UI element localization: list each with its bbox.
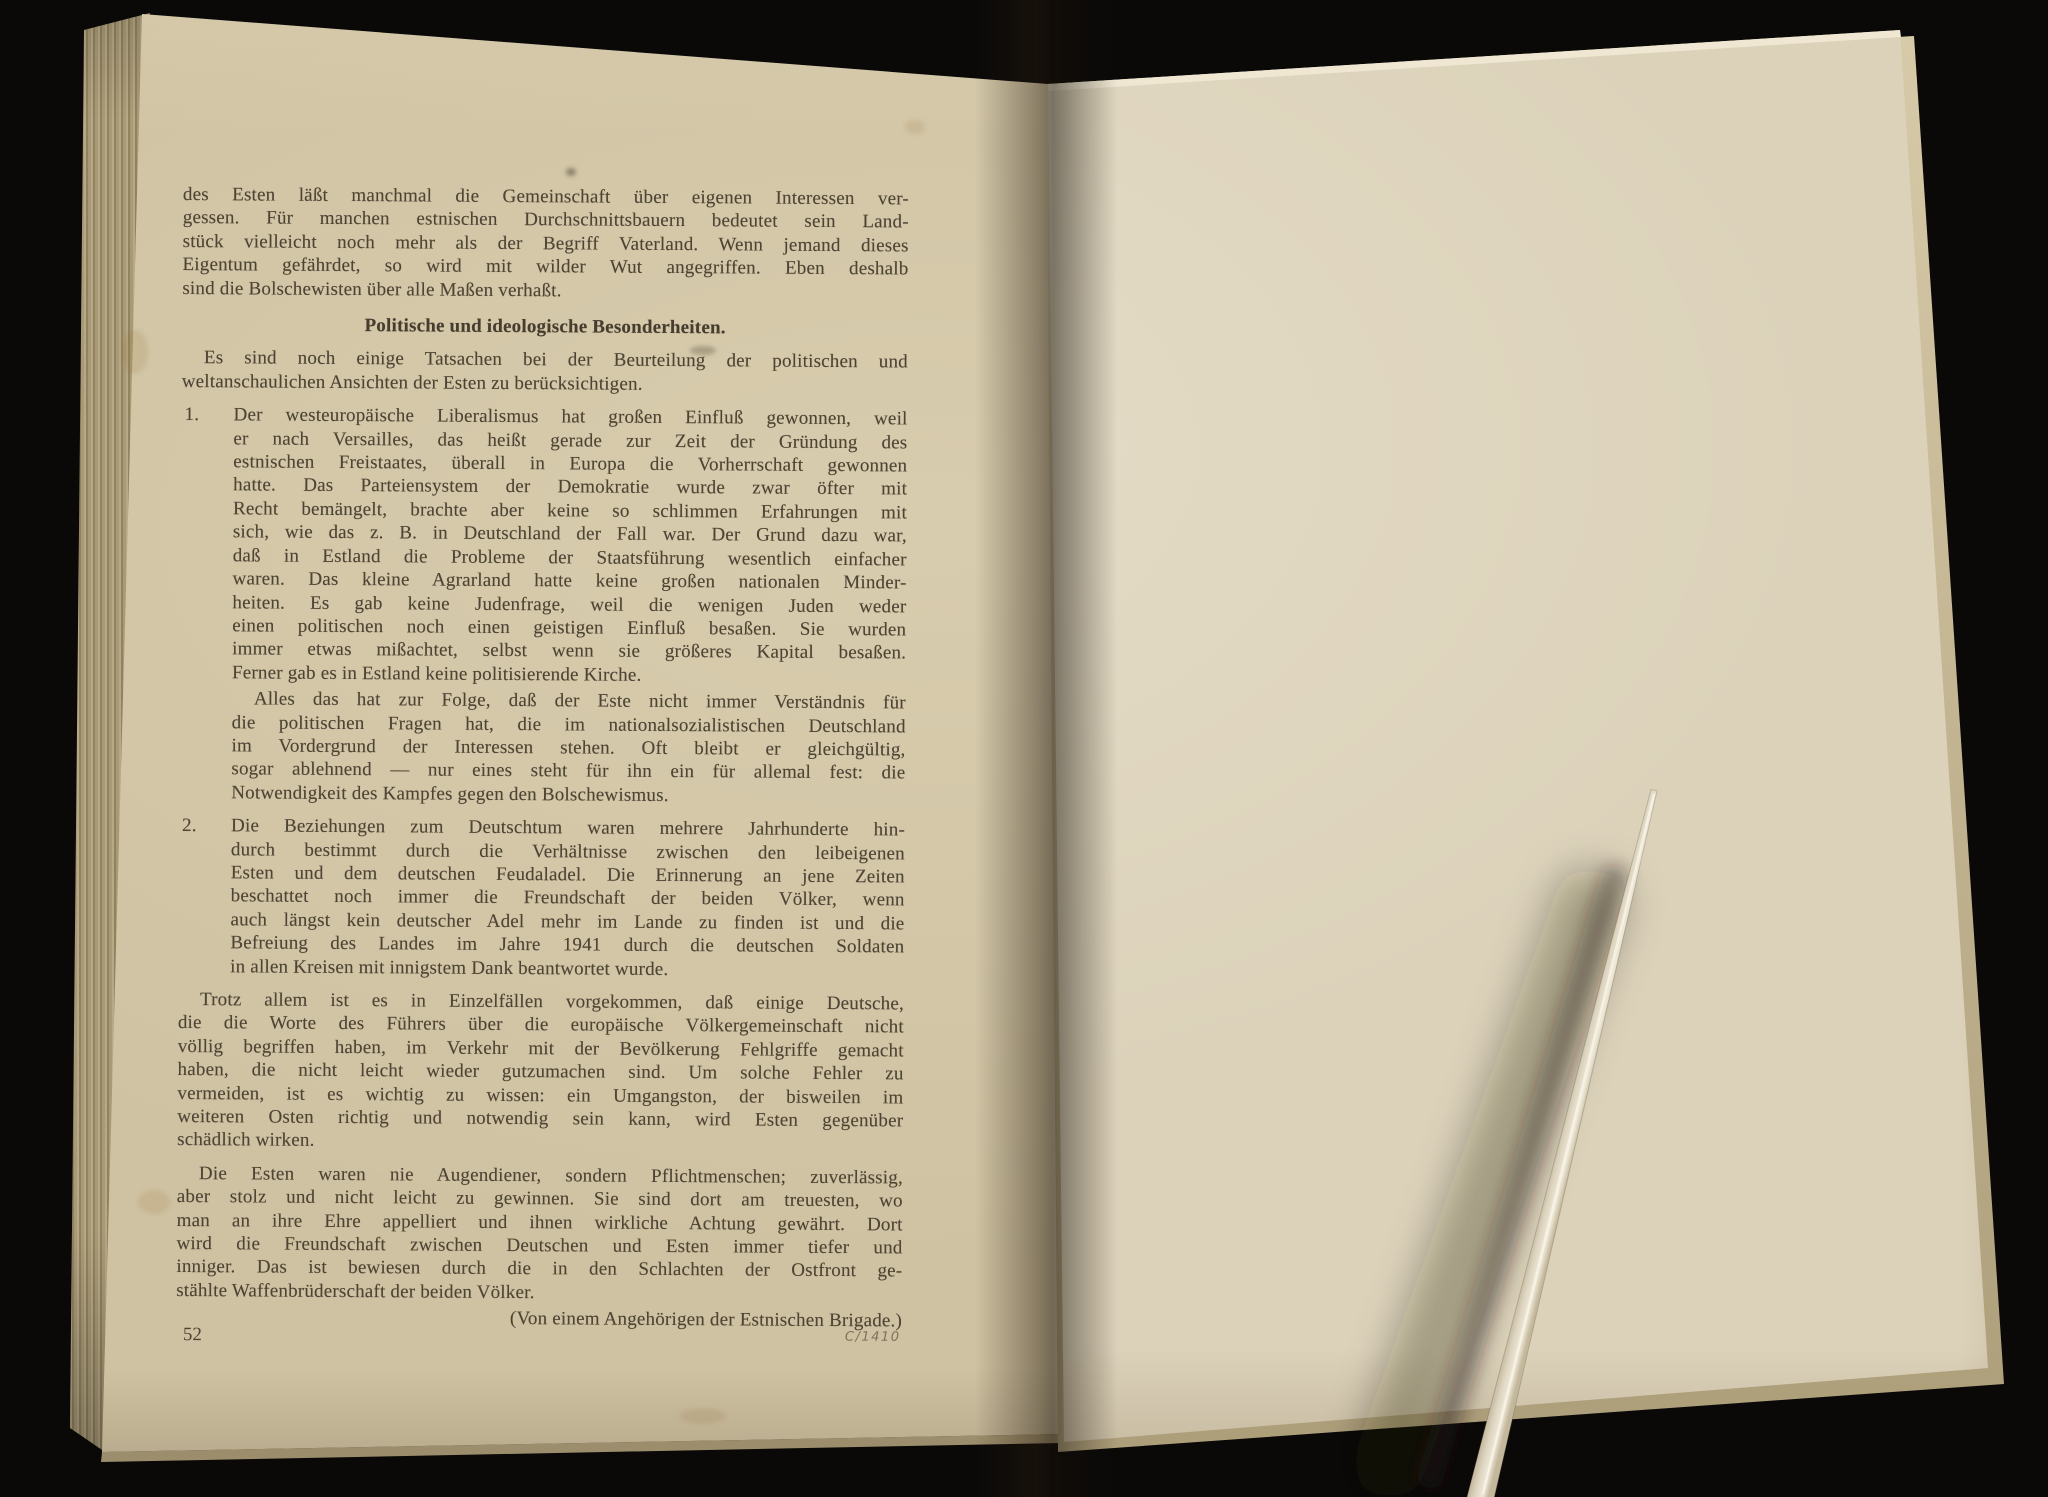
- paragraph: Der westeuropäische Liberalismus hat gro…: [232, 404, 908, 689]
- closing-paragraph-2: Die Esten waren nie Augendiener, sondern…: [176, 1162, 903, 1307]
- item-body: Die Beziehungen zum Deutschtum waren meh…: [230, 814, 905, 982]
- paragraph: Die Beziehungen zum Deutschtum waren meh…: [230, 814, 905, 982]
- book-photo: des Esten läßt manchmal die Gemeinschaft…: [0, 0, 2048, 1497]
- gutter-shadow: [975, 0, 1125, 1497]
- item-number: 2.: [178, 814, 231, 978]
- numbered-item-1: 1. Der westeuropäische Liberalismus hat …: [179, 403, 907, 808]
- page-number: 52: [183, 1324, 202, 1346]
- section-heading: Politische und ideologische Besonderheit…: [182, 313, 908, 341]
- printing-mark: C/1410: [845, 1330, 901, 1345]
- item-body: Der westeuropäische Liberalismus hat gro…: [231, 404, 907, 809]
- text-column: des Esten läßt manchmal die Gemeinschaft…: [176, 183, 909, 1333]
- continuation-paragraph: des Esten läßt manchmal die Gemeinschaft…: [182, 183, 909, 304]
- numbered-item-2: 2. Die Beziehungen zum Deutschtum waren …: [178, 814, 905, 982]
- item-number: 1.: [179, 403, 233, 804]
- intro-paragraph: Es sind noch einige Tatsachen bei der Be…: [182, 346, 908, 397]
- closing-paragraph-1: Trotz allem ist es in Einzelfällen vorge…: [177, 988, 904, 1156]
- paragraph: Alles das hat zur Folge, daß der Este ni…: [231, 687, 906, 808]
- attribution-line: (Von einem Angehörigen der Estnischen Br…: [176, 1305, 902, 1333]
